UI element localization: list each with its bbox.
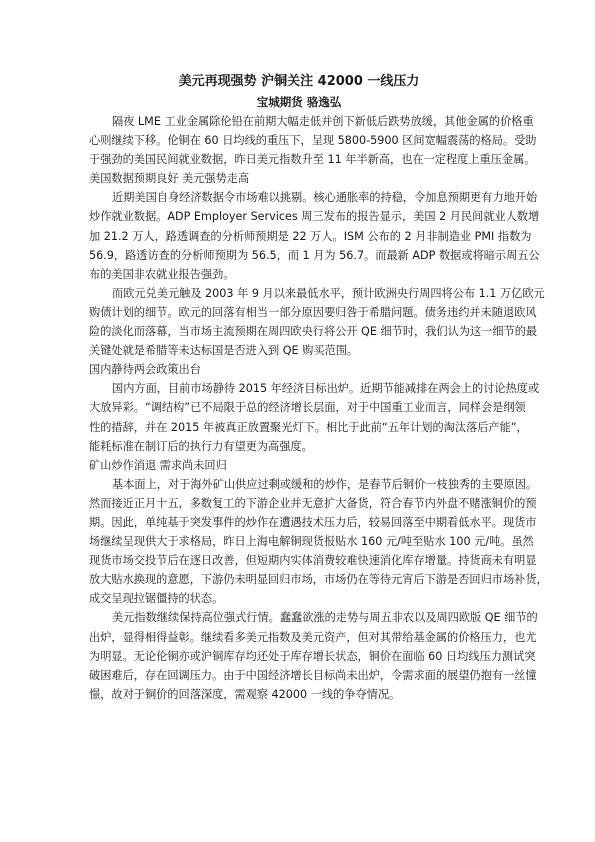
paragraph: 隔夜 LME 工业金属除伦铅在前期大幅走低并创下新低后跌势放缓，其他金属的价格重… — [89, 112, 509, 169]
paragraph-line: 成交呈现拉锯僵持的状态。 — [89, 589, 509, 608]
paragraph-line: 场继续呈现供大于求格局，昨日上海电解铜现货报贴水 160 元/吨至贴水 100 … — [89, 532, 509, 551]
paragraph-line: 憬，故对于铜价的回落深度，需观察 42000 一线的争夺情况。 — [89, 685, 509, 704]
paragraph-line: 购债计划的细节。欧元的回落有相当一部分原因要归咎于希腊问题。债务违约并未随退欧风 — [89, 303, 509, 322]
paragraph-line: 56.9，路透访查的分析师预期为 56.5，而 1 月为 56.7。而最新 AD… — [89, 246, 509, 265]
paragraph-line: 炒作就业数据。ADP Employer Services 周三发布的报告显示，美… — [89, 207, 509, 226]
paragraph-line: 期。因此，单纯基于突发事件的炒作在遭遇技术压力后，较易回落至中期看低水平。现货市 — [89, 513, 509, 532]
paragraph-line: 现货市场交投节后在逐日改善，但短期内实体消费较难快速消化库存增量。持货商未有明显 — [89, 551, 509, 570]
paragraph-line: 近期美国自身经济数据令市场难以挑剔。核心通胀率的持稳，令加息预期更有力地开始 — [89, 188, 509, 207]
paragraph-line: 大放异彩。“调结构”已不局限于总的经济增长层面，对于中国重工业而言，同样会是纲领 — [89, 398, 509, 417]
paragraph-line: 险的淡化而落幕，当市场主流预期在周四欧央行将公开 QE 细节时，我们认为这一细节… — [89, 322, 509, 341]
document-author: 宝城期货 骆逸弘 — [89, 93, 509, 111]
paragraph-line: 为明显。无论伦铜亦或沪铜库存均还处于库存增长状态，铜价在面临 60 日均线压力测… — [89, 647, 509, 666]
paragraph-line: 破困难后，存在回调压力。由于中国经济增长目标尚未出炉，令需求面的展望仍抱有一丝憧 — [89, 666, 509, 685]
document-page: 美元再现强势 沪铜关注 42000 一线压力 宝城期货 骆逸弘 隔夜 LME 工… — [89, 73, 509, 704]
paragraph-line: 国内方面，目前市场静待 2015 年经济目标出炉。近期节能减排在两会上的讨论热度… — [89, 379, 509, 398]
document-body: 隔夜 LME 工业金属除伦铅在前期大幅走低并创下新低后跌势放缓，其他金属的价格重… — [89, 112, 509, 704]
paragraph-line: 于强劲的美国民间就业数据，昨日美元指数升至 11 年半新高，也在一定程度上重压金… — [89, 150, 509, 169]
paragraph: 而欧元兑美元触及 2003 年 9 月以来最低水平，预计欧洲央行周四将公布 1.… — [89, 284, 509, 360]
paragraph: 国内方面，目前市场静待 2015 年经济目标出炉。近期节能减排在两会上的讨论热度… — [89, 379, 509, 455]
paragraph-line: 布的美国非农就业报告强劲。 — [89, 265, 509, 284]
section-heading: 美国数据预期良好 美元强势走高 — [89, 169, 509, 188]
section-heading: 国内静待两会政策出台 — [89, 360, 509, 379]
paragraph-line: 关键处就是希腊等未达标国是否进入到 QE 购买范围。 — [89, 341, 509, 360]
paragraph: 近期美国自身经济数据令市场难以挑剔。核心通胀率的持稳，令加息预期更有力地开始炒作… — [89, 188, 509, 283]
paragraph-line: 然而接近正月十五，多数复工的下游企业并无意扩大备货，符合春节内外盘不赌涨铜价的预 — [89, 494, 509, 513]
paragraph-line: 基本面上，对于海外矿山供应过剩或缓和的炒作，是春节后铜价一枝独秀的主要原因。 — [89, 475, 509, 494]
paragraph-line: 而欧元兑美元触及 2003 年 9 月以来最低水平，预计欧洲央行周四将公布 1.… — [89, 284, 509, 303]
paragraph-line: 心则继续下移。伦铜在 60 日均线的重压下，呈现 5800-5900 区间宽幅震… — [89, 131, 509, 150]
paragraph: 基本面上，对于海外矿山供应过剩或缓和的炒作，是春节后铜价一枝独秀的主要原因。然而… — [89, 475, 509, 609]
paragraph-line: 出炉，显得相得益彰。继续看多美元指数及美元资产，但对其带给基金属的价格压力，也尤 — [89, 628, 509, 647]
document-title: 美元再现强势 沪铜关注 42000 一线压力 — [89, 73, 509, 91]
paragraph-line: 能耗标准在制订后的执行力有望更为高强度。 — [89, 437, 509, 456]
paragraph-line: 性的措辞，并在 2015 年被真正放置聚光灯下。相比于此前“五年计划的淘汰落后产… — [89, 418, 509, 437]
paragraph-line: 美元指数继续保持高位强式行情。蠢蠢欲涨的走势与周五非农以及周四欧版 QE 细节的 — [89, 608, 509, 627]
paragraph-line: 加 21.2 万人，路透调查的分析师预期是 22 万人。ISM 公布的 2 月非… — [89, 227, 509, 246]
section-heading: 矿山炒作消退 需求尚未回归 — [89, 456, 509, 475]
paragraph-line: 放大贴水换现的意愿，下游仍未明显回归市场，市场仍在等待元宵后下游是否回归市场补货… — [89, 570, 509, 589]
paragraph: 美元指数继续保持高位强式行情。蠢蠢欲涨的走势与周五非农以及周四欧版 QE 细节的… — [89, 608, 509, 703]
paragraph-line: 隔夜 LME 工业金属除伦铅在前期大幅走低并创下新低后跌势放缓，其他金属的价格重 — [89, 112, 509, 131]
